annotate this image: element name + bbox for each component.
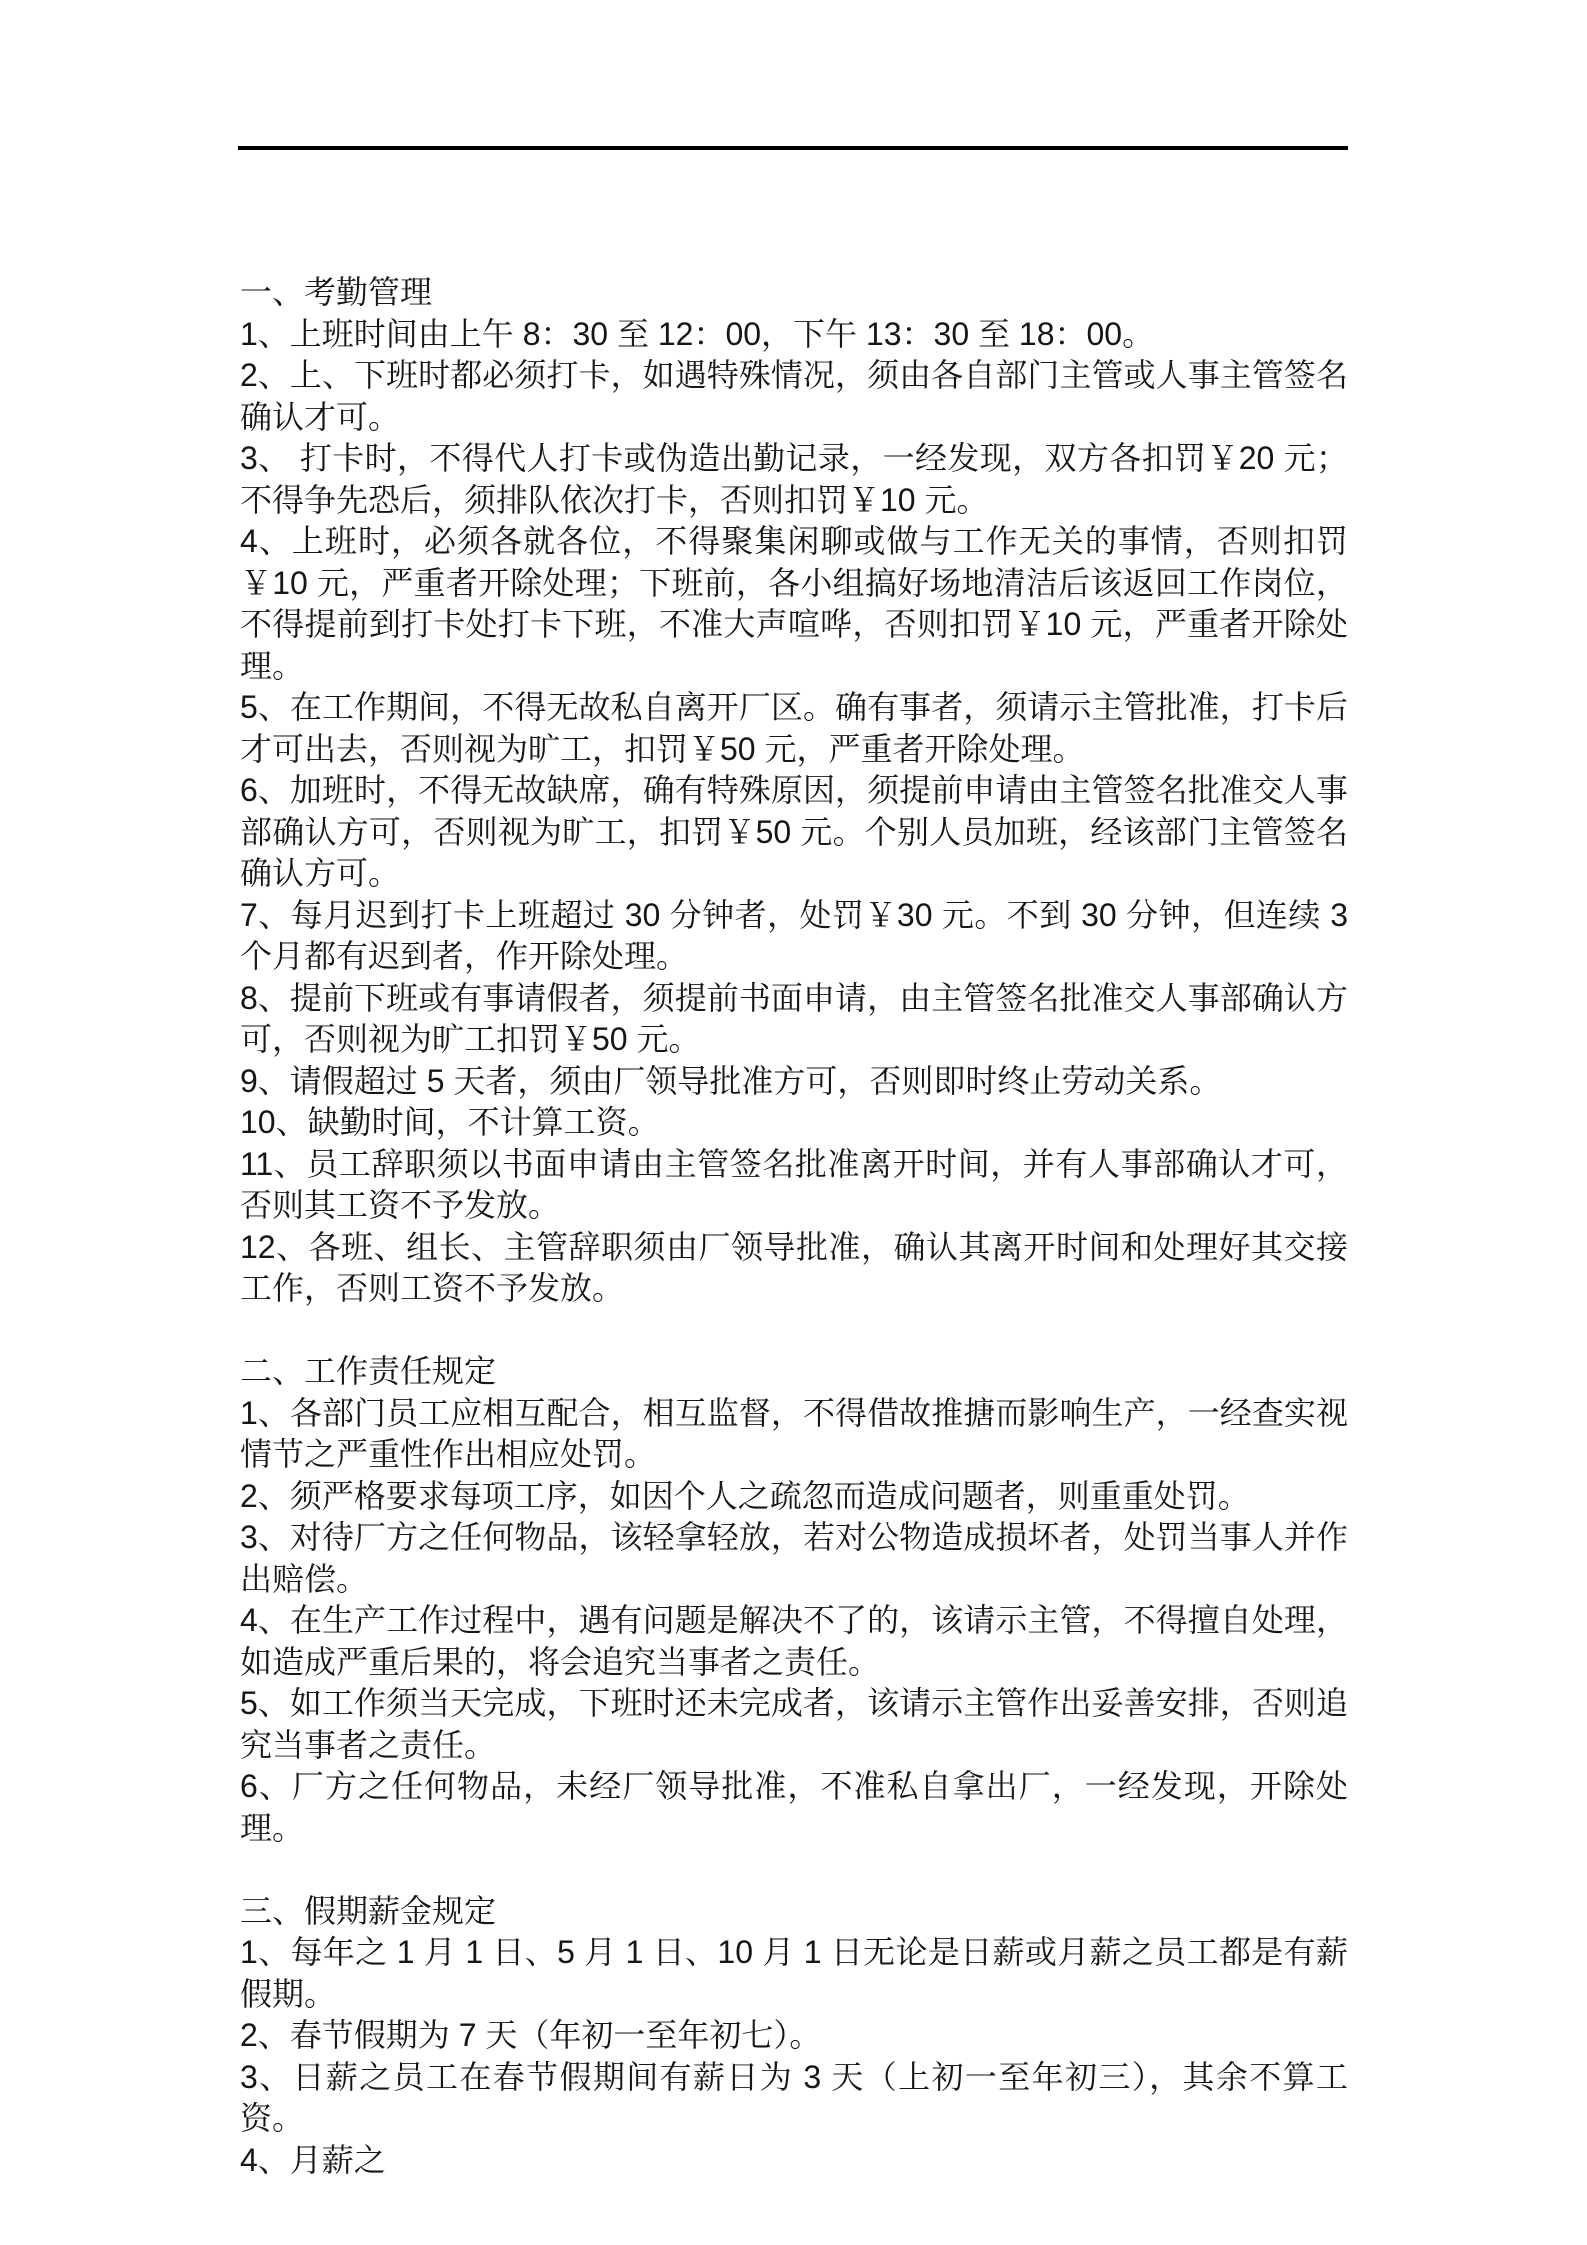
rule-item: 9、请假超过 5 天者，须由厂领导批准方可，否则即时终止劳动关系。 (240, 1061, 1348, 1103)
rule-item: 4、在生产工作过程中，遇有问题是解决不了的，该请示主管，不得擅自处理，如造成严重… (240, 1600, 1348, 1683)
rule-item: 2、上、下班时都必须打卡，如遇特殊情况，须由各自部门主管或人事主管签名确认才可。 (240, 355, 1348, 438)
section: 三、假期薪金规定 1、每年之 1 月 1 日、5 月 1 日、10 月 1 日无… (240, 1891, 1348, 2182)
document-page: 一、考勤管理 1、上班时间由上午 8：30 至 12：00，下午 13：30 至… (0, 0, 1587, 2245)
rule-item: 4、月薪之 (240, 2140, 1348, 2182)
document-content: 一、考勤管理 1、上班时间由上午 8：30 至 12：00，下午 13：30 至… (240, 272, 1348, 2181)
rule-item: 2、须严格要求每项工序，如因个人之疏忽而造成问题者，则重重处罚。 (240, 1476, 1348, 1518)
rule-item: 1、每年之 1 月 1 日、5 月 1 日、10 月 1 日无论是日薪或月薪之员… (240, 1932, 1348, 2015)
rule-item: 6、加班时，不得无故缺席，确有特殊原因，须提前申请由主管签名批准交人事部确认方可… (240, 770, 1348, 895)
rule-item: 11、员工辞职须以书面申请由主管签名批准离开时间，并有人事部确认才可，否则其工资… (240, 1144, 1348, 1227)
rule-item: 1、各部门员工应相互配合，相互监督，不得借故推搪而影响生产，一经查实视情节之严重… (240, 1393, 1348, 1476)
rule-item: 12、各班、组长、主管辞职须由厂领导批准，确认其离开时间和处理好其交接工作，否则… (240, 1227, 1348, 1310)
section-title: 三、假期薪金规定 (240, 1891, 1348, 1933)
section-title: 二、工作责任规定 (240, 1351, 1348, 1393)
rule-item: 5、如工作须当天完成，下班时还未完成者，该请示主管作出妥善安排，否则追究当事者之… (240, 1683, 1348, 1766)
rule-item: 3、 打卡时，不得代人打卡或伪造出勤记录，一经发现，双方各扣罚￥20 元；不得争… (240, 438, 1348, 521)
rule-item: 8、提前下班或有事请假者，须提前书面申请，由主管签名批准交人事部确认方可，否则视… (240, 978, 1348, 1061)
section: 一、考勤管理 1、上班时间由上午 8：30 至 12：00，下午 13：30 至… (240, 272, 1348, 1310)
section: 二、工作责任规定 1、各部门员工应相互配合，相互监督，不得借故推搪而影响生产，一… (240, 1351, 1348, 1849)
rule-item: 2、春节假期为 7 天（年初一至年初七）。 (240, 2015, 1348, 2057)
rule-item: 4、上班时，必须各就各位，不得聚集闲聊或做与工作无关的事情，否则扣罚￥10 元，… (240, 521, 1348, 687)
rule-item: 7、每月迟到打卡上班超过 30 分钟者，处罚￥30 元。不到 30 分钟，但连续… (240, 895, 1348, 978)
rule-item: 1、上班时间由上午 8：30 至 12：00，下午 13：30 至 18：00。 (240, 314, 1348, 356)
rule-item: 10、缺勤时间，不计算工资。 (240, 1102, 1348, 1144)
header-rule (238, 146, 1348, 150)
rule-item: 5、在工作期间，不得无故私自离开厂区。确有事者，须请示主管批准，打卡后才可出去，… (240, 687, 1348, 770)
rule-item: 3、日薪之员工在春节假期间有薪日为 3 天（上初一至年初三），其余不算工资。 (240, 2057, 1348, 2140)
rule-item: 6、厂方之任何物品，未经厂领导批准，不准私自拿出厂，一经发现，开除处理。 (240, 1766, 1348, 1849)
section-title: 一、考勤管理 (240, 272, 1348, 314)
rule-item: 3、对待厂方之任何物品，该轻拿轻放，若对公物造成损坏者，处罚当事人并作出赔偿。 (240, 1517, 1348, 1600)
